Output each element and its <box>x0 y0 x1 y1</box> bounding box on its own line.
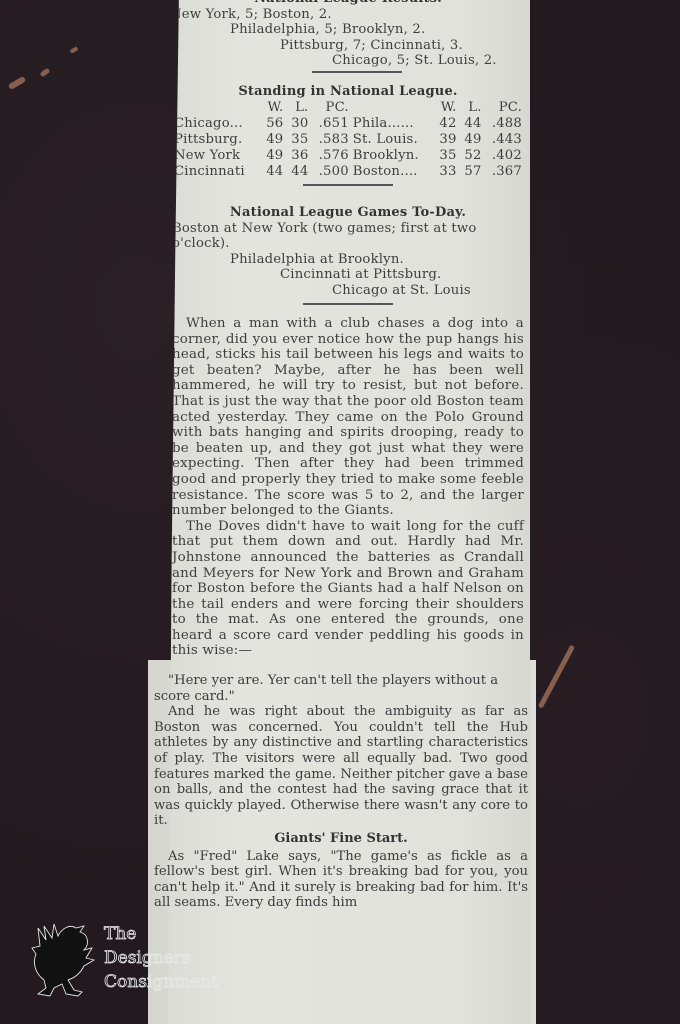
team-name: Cincinnati <box>172 164 260 180</box>
standing-section: Standing in National League. W. L. PC. W… <box>172 84 524 192</box>
team-name: Brooklyn. <box>351 148 434 164</box>
table-scratch <box>8 76 27 90</box>
percentage: .443 <box>484 132 524 148</box>
game-line: Chicago at St. Louis <box>172 283 524 299</box>
team-name: St. Louis. <box>351 132 434 148</box>
losses: 52 <box>459 148 484 164</box>
wins: 39 <box>434 132 459 148</box>
divider <box>312 71 402 73</box>
results-heading: National League Results. <box>172 0 524 7</box>
losses: 49 <box>459 132 484 148</box>
team-name: Chicago... <box>172 116 260 132</box>
wins: 42 <box>434 116 459 132</box>
game-line: Boston at New York (two games; first at … <box>172 221 524 252</box>
result-line: Philadelphia, 5; Brooklyn, 2. <box>172 22 524 38</box>
wins: 33 <box>434 164 459 180</box>
team-name: Pittsburg. <box>172 132 260 148</box>
losses: 57 <box>459 164 484 180</box>
watermark-line: The <box>104 922 218 946</box>
standing-heading: Standing in National League. <box>172 84 524 100</box>
article-paragraph: As "Fred" Lake says, "The game's as fick… <box>154 849 528 911</box>
watermark-text: The Designers Consignment <box>104 922 218 994</box>
result-line: Chicago, 5; St. Louis, 2. <box>172 53 524 69</box>
table-scratch <box>538 645 575 709</box>
team-name: New York <box>172 148 260 164</box>
article-continued: "Here yer are. Yer can't tell the player… <box>154 673 528 911</box>
percentage: .583 <box>310 132 350 148</box>
team-name: Boston.... <box>351 164 434 180</box>
article-paragraph: "Here yer are. Yer can't tell the player… <box>154 673 528 704</box>
griffin-icon <box>28 918 100 998</box>
losses: 36 <box>285 148 310 164</box>
divider <box>303 303 393 305</box>
col-w: W. <box>260 100 285 116</box>
games-today-heading: National League Games To-Day. <box>172 205 524 221</box>
col-pc: PC. <box>484 100 524 116</box>
table-row: Cincinnati4444.500Boston....3357.367 <box>172 164 524 180</box>
table-row: Pittsburg.4935.583St. Louis.3949.443 <box>172 132 524 148</box>
watermark-line: Designers <box>104 946 218 970</box>
col-w: W. <box>434 100 459 116</box>
losses: 44 <box>285 164 310 180</box>
table-scratch <box>70 46 79 53</box>
percentage: .576 <box>310 148 350 164</box>
wins: 35 <box>434 148 459 164</box>
divider <box>303 184 393 186</box>
standings-table: W. L. PC. W. L. PC. Chicago...5630.651Ph… <box>172 100 524 180</box>
game-line: Philadelphia at Brooklyn. <box>172 252 524 268</box>
article-paragraph: And he was right about the ambiguity as … <box>154 704 528 829</box>
result-line: Pittsburg, 7; Cincinnati, 3. <box>172 38 524 54</box>
losses: 35 <box>285 132 310 148</box>
wins: 49 <box>260 132 285 148</box>
article-paragraph: When a man with a club chases a dog into… <box>172 316 524 519</box>
wins: 56 <box>260 116 285 132</box>
team-name: Phila...... <box>351 116 434 132</box>
percentage: .402 <box>484 148 524 164</box>
percentage: .651 <box>310 116 350 132</box>
watermark-line: Consignment <box>104 970 218 994</box>
table-row: Chicago...5630.651Phila......4244.488 <box>172 116 524 132</box>
article-subheading: Giants' Fine Start. <box>154 831 528 847</box>
percentage: .367 <box>484 164 524 180</box>
col-l: L. <box>459 100 484 116</box>
col-l: L. <box>285 100 310 116</box>
article-body: When a man with a club chases a dog into… <box>172 316 524 659</box>
table-scratch <box>39 68 50 78</box>
game-line: Cincinnati at Pittsburg. <box>172 267 524 283</box>
percentage: .488 <box>484 116 524 132</box>
results-section: National League Results. New York, 5; Bo… <box>172 0 524 79</box>
watermark-logo: The Designers Consignment <box>28 918 218 998</box>
table-row: New York4936.576Brooklyn.3552.402 <box>172 148 524 164</box>
table-header-row: W. L. PC. W. L. PC. <box>172 100 524 116</box>
losses: 44 <box>459 116 484 132</box>
col-pc: PC. <box>310 100 350 116</box>
games-today-section: National League Games To-Day. Boston at … <box>172 205 524 311</box>
losses: 30 <box>285 116 310 132</box>
wins: 49 <box>260 148 285 164</box>
wins: 44 <box>260 164 285 180</box>
percentage: .500 <box>310 164 350 180</box>
result-line: New York, 5; Boston, 2. <box>170 7 524 23</box>
article-paragraph: The Doves didn't have to wait long for t… <box>172 519 524 659</box>
